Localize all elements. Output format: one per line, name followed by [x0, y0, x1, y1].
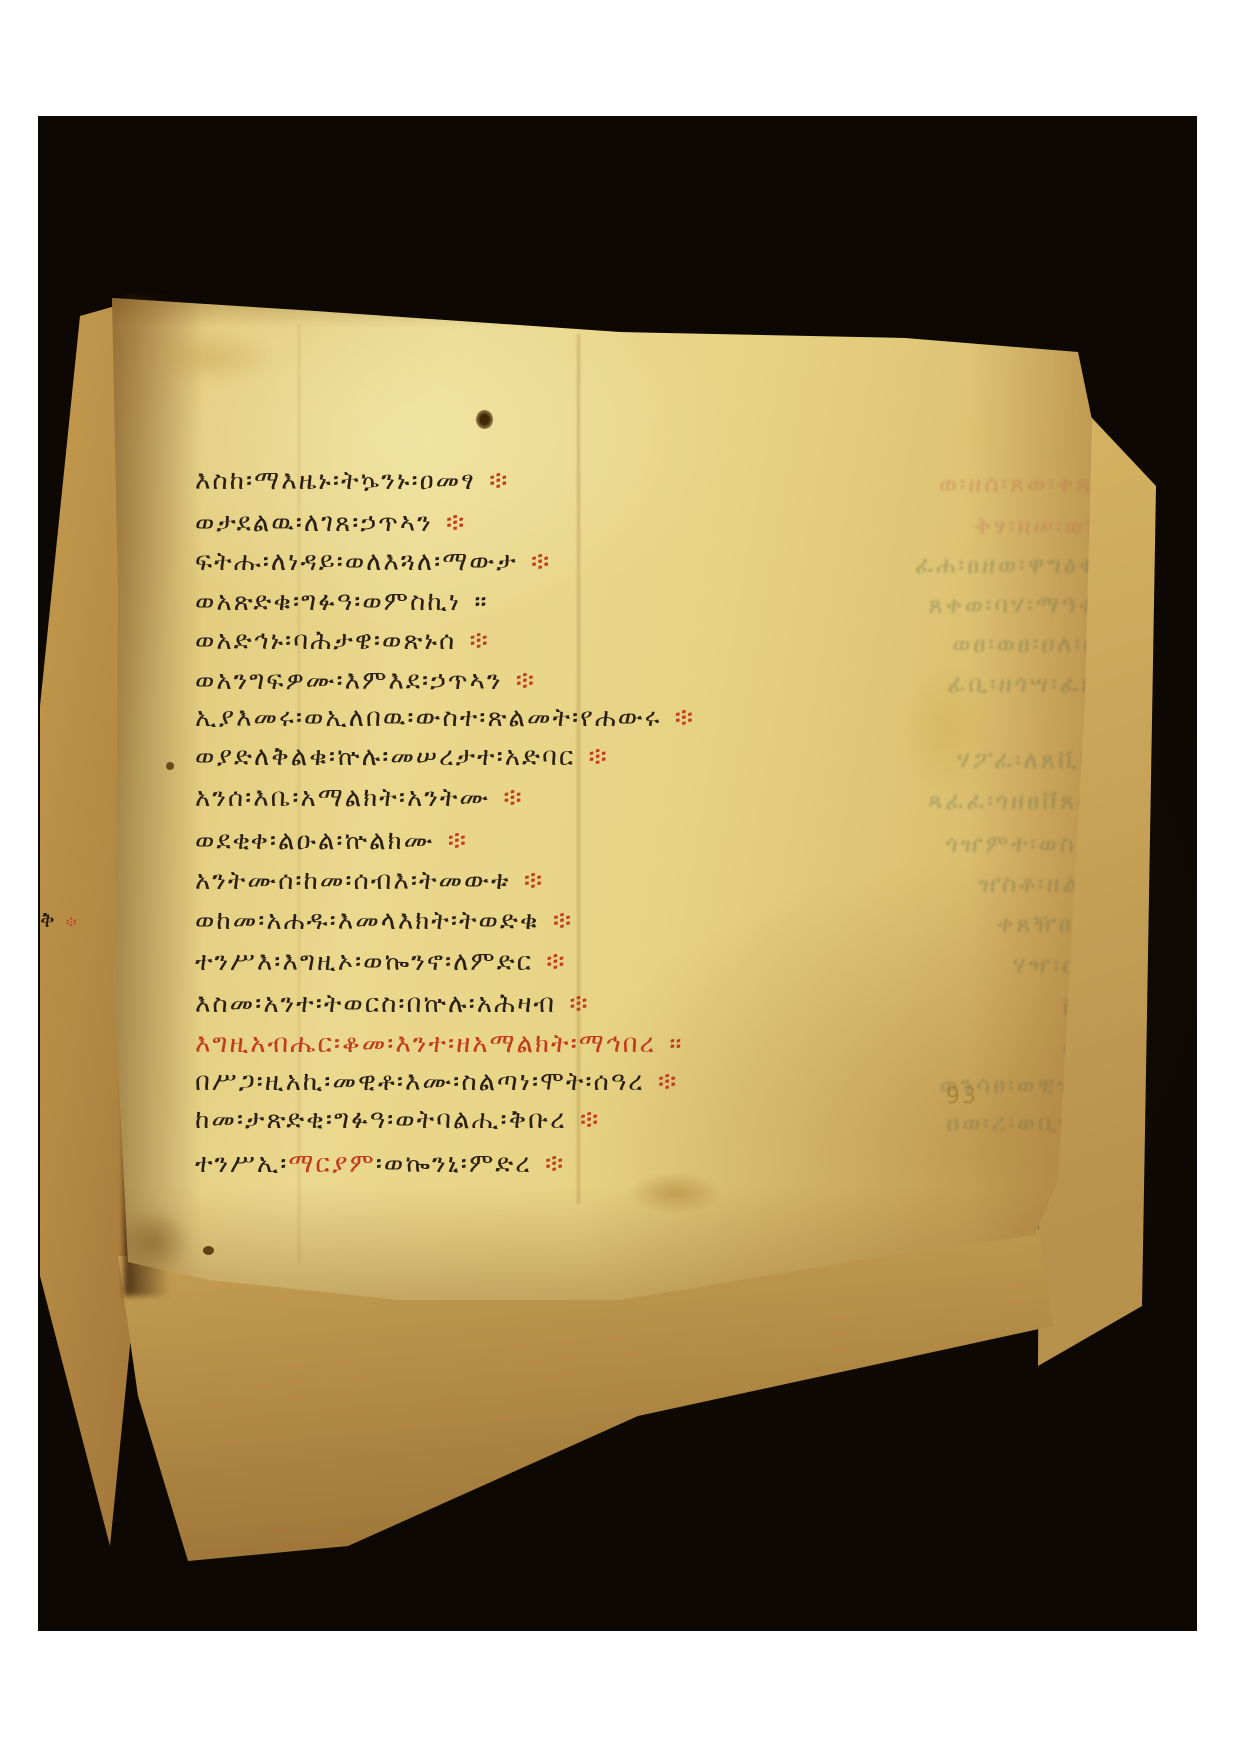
- geez-text-segment: ፨: [516, 666, 536, 696]
- geez-text-segment: እስመ፡አንተ፡ትወርስ፡በኵሉ፡አሕዛብ: [195, 989, 569, 1019]
- geez-text-segment: ወአጽድቁ፡ግፉዓ፡ወምስኪነ: [195, 587, 474, 617]
- geez-text-segment: ፨: [553, 906, 573, 936]
- geez-text-segment: ፨: [658, 1067, 678, 1097]
- geez-text-segment: ወአድኅኑ፡ባሕታዌ፡ወጽኑሰ: [195, 626, 470, 656]
- geez-text-segment: ወከመ፡አሐዱ፡እመላእክት፡ትወድቁ: [195, 906, 553, 936]
- geez-text-segment: ወአንግፍዎሙ፡እምእደ፡ኃጥኣን: [195, 666, 516, 696]
- geez-text-line: አንትሙሰ፡ከመ፡ሰብእ፡ትመውቱ ፨: [195, 864, 544, 898]
- geez-text-segment: ።: [474, 587, 488, 617]
- geez-text-segment: ማርያም: [288, 1149, 375, 1179]
- scanned-photo-canvas: ቅ ፨ ወ፡ዘሰ፡ጸወ፡ቀጺቅፃ፡ዘሠ፡ወነፈሐ፡ፀዘወ፡ዋግዕቀጸቀወ፡ባሃ፡…: [0, 0, 1238, 1753]
- geez-text-segment: አንትሙሰ፡ከመ፡ሰብእ፡ትመውቱ: [195, 866, 524, 896]
- margin-red-cross: ፨: [66, 913, 77, 931]
- geez-text-segment: ፨: [489, 466, 509, 496]
- geez-text-segment: ኢያእመሩ፡ወኢለበዉ፡ውስተ፡ጽልመት፡የሐውሩ: [195, 703, 675, 733]
- geez-text-segment: ፨: [531, 547, 551, 577]
- geez-text-segment: አንሰ፡እቤ፡አማልክት፡አንትሙ: [195, 783, 503, 813]
- geez-text-line: እግዚአብሔር፡ቆመ፡እንተ፡ዘአማልክት፡ማኅበረ ።: [195, 1027, 684, 1061]
- geez-text-segment: ፨: [580, 1105, 600, 1135]
- geez-text-line: ተንሥኢ፡ማርያም፡ወኰንኒ፡ምድረ ፨: [195, 1147, 565, 1181]
- geez-text-line: ተንሥእ፡እግዚኦ፡ወኰንኖ፡ለምድር ፨: [195, 945, 567, 979]
- geez-text-segment: ፨: [503, 783, 523, 813]
- manuscript-photo: ቅ ፨ ወ፡ዘሰ፡ጸወ፡ቀጺቅፃ፡ዘሠ፡ወነፈሐ፡ፀዘወ፡ዋግዕቀጸቀወ፡ባሃ፡…: [38, 116, 1197, 1631]
- geez-text-line: ወከመ፡አሐዱ፡እመላእክት፡ትወድቁ ፨: [195, 904, 573, 938]
- geez-text-segment: ፨: [589, 742, 609, 772]
- geez-text-segment: እስከ፡ማእዜኑ፡ትኴንኑ፡ዐመፃ: [195, 466, 489, 496]
- geez-text-line: ወያድለቅልቁ፡ኵሉ፡መሠረታተ፡አድባር ፨: [195, 740, 609, 774]
- geez-text-segment: እግዚአብሔር፡ቆመ፡እንተ፡ዘአማልክት፡ማኅበረ: [195, 1029, 669, 1059]
- geez-text-line: ወአጽድቁ፡ግፉዓ፡ወምስኪነ ።: [195, 585, 489, 619]
- geez-text-segment: በሥጋ፡ዚአኪ፡መዊቶ፡እሙ፡ስልጣነ፡ሞት፡ሰዓረ: [195, 1067, 658, 1097]
- geez-text-line: ወደቂቀ፡ልዑል፡ኵልክሙ ፨: [195, 824, 468, 858]
- geez-text-line: በሥጋ፡ዚአኪ፡መዊቶ፡እሙ፡ስልጣነ፡ሞት፡ሰዓረ ፨: [195, 1065, 678, 1099]
- geez-text-segment: ከመ፡ታጽድቂ፡ግፉዓ፡ወትባልሒ፡ቅቡረ: [195, 1105, 580, 1135]
- geez-text-line: ኢያእመሩ፡ወኢለበዉ፡ውስተ፡ጽልመት፡የሐውሩ ፨: [195, 701, 695, 735]
- manuscript-page: ወ፡ዘሰ፡ጸወ፡ቀጺቅፃ፡ዘሠ፡ወነፈሐ፡ፀዘወ፡ዋግዕቀጸቀወ፡ባሃ፡ማዓቀወ…: [108, 294, 1098, 1306]
- geez-text-segment: ፨: [448, 826, 468, 856]
- geez-text-segment: ወታደልዉ፡ለገጸ፡ኃጥኣን: [195, 508, 446, 538]
- geez-text-line: ወአድኅኑ፡ባሕታዌ፡ወጽኑሰ ፨: [195, 624, 490, 658]
- geez-text-block: እስከ፡ማእዜኑ፡ትኴንኑ፡ዐመፃ ፨ወታደልዉ፡ለገጸ፡ኃጥኣን ፨ፍትሑ፡ለ…: [108, 294, 1098, 1306]
- geez-text-segment: ።: [669, 1029, 683, 1059]
- geez-text-segment: ፨: [546, 947, 566, 977]
- geez-text-segment: ፨: [470, 626, 490, 656]
- geez-text-line: ፍትሑ፡ለነዳይ፡ወለእጓለ፡ማውታ ፨: [195, 545, 551, 579]
- folio-number-pencil: 93: [946, 1084, 978, 1109]
- geez-text-segment: ተንሥኢ፡: [195, 1149, 288, 1179]
- geez-text-segment: ተንሥእ፡እግዚኦ፡ወኰንኖ፡ለምድር: [195, 947, 546, 977]
- margin-gloss-glyph: ቅ: [40, 908, 55, 933]
- margin-gloss-mark: ቅ ፨: [38, 906, 128, 946]
- geez-text-segment: ወደቂቀ፡ልዑል፡ኵልክሙ: [195, 826, 448, 856]
- geez-text-segment: ፨: [569, 989, 589, 1019]
- geez-text-segment: ፨: [446, 508, 466, 538]
- geez-text-segment: ወያድለቅልቁ፡ኵሉ፡መሠረታተ፡አድባር: [195, 742, 589, 772]
- geez-text-segment: ፡ወኰንኒ፡ምድረ: [376, 1149, 545, 1179]
- geez-text-segment: ፍትሑ፡ለነዳይ፡ወለእጓለ፡ማውታ: [195, 547, 531, 577]
- geez-text-segment: ፨: [545, 1149, 565, 1179]
- geez-text-line: ወአንግፍዎሙ፡እምእደ፡ኃጥኣን ፨: [195, 664, 536, 698]
- geez-text-line: እስከ፡ማእዜኑ፡ትኴንኑ፡ዐመፃ ፨: [195, 464, 509, 498]
- geez-text-line: ከመ፡ታጽድቂ፡ግፉዓ፡ወትባልሒ፡ቅቡረ ፨: [195, 1103, 600, 1137]
- geez-text-segment: ፨: [524, 866, 544, 896]
- geez-text-line: አንሰ፡እቤ፡አማልክት፡አንትሙ ፨: [195, 781, 524, 815]
- geez-text-line: እስመ፡አንተ፡ትወርስ፡በኵሉ፡አሕዛብ ፨: [195, 987, 590, 1021]
- geez-text-segment: ፨: [675, 703, 695, 733]
- geez-text-line: ወታደልዉ፡ለገጸ፡ኃጥኣን ፨: [195, 506, 466, 540]
